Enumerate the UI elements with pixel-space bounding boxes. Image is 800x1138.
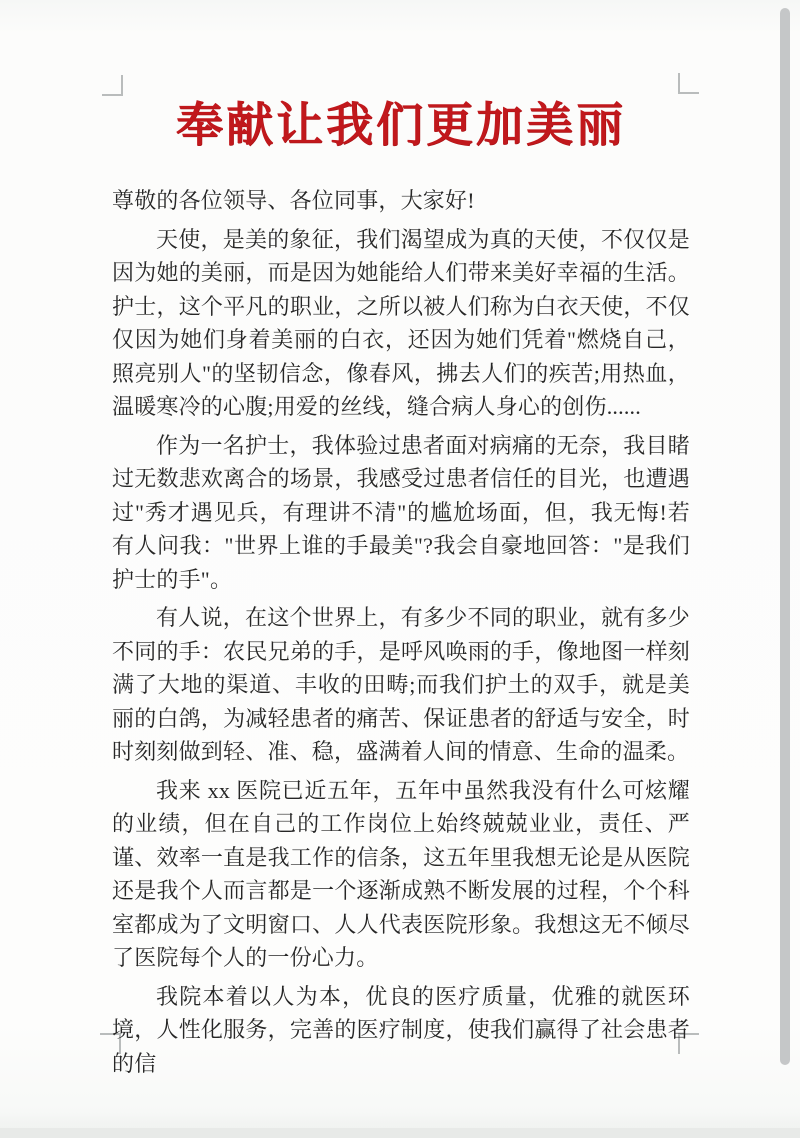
salutation-line: 尊敬的各位领导、各位同事，大家好! — [112, 184, 690, 218]
document-title: 奉献让我们更加美丽 — [112, 88, 690, 164]
page-bottom-fade — [0, 1112, 800, 1128]
paragraph-nurse-experience: 作为一名护士，我体验过患者面对病痛的无奈，我目睹过无数悲欢离合的场景，我感受过患… — [112, 429, 690, 597]
paragraph-hospital-service: 我院本着以人为本，优良的医疗质量，优雅的就医环境，人性化服务，完善的医疗制度，使… — [112, 980, 690, 1081]
paragraph-five-years: 我来 xx 医院已近五年，五年中虽然我没有什么可炫耀的业绩，但在自己的工作岗位上… — [112, 774, 690, 975]
document-body: 尊敬的各位领导、各位同事，大家好! 天使，是美的象征，我们渴望成为真的天使，不仅… — [112, 184, 690, 1080]
paragraph-angel: 天使，是美的象征，我们渴望成为真的天使，不仅仅是因为她的美丽，而是因为她能给人们… — [112, 223, 690, 424]
document-content: 奉献让我们更加美丽 尊敬的各位领导、各位同事，大家好! 天使，是美的象征，我们渴… — [112, 88, 690, 1085]
paragraph-hands: 有人说，在这个世界上，有多少不同的职业，就有多少不同的手：农民兄弟的手，是呼风唤… — [112, 601, 690, 769]
document-page: 奉献让我们更加美丽 尊敬的各位领导、各位同事，大家好! 天使，是美的象征，我们渴… — [0, 0, 800, 1138]
page-bottom-edge — [0, 1128, 800, 1138]
scrollbar-thumb[interactable] — [780, 8, 790, 1065]
